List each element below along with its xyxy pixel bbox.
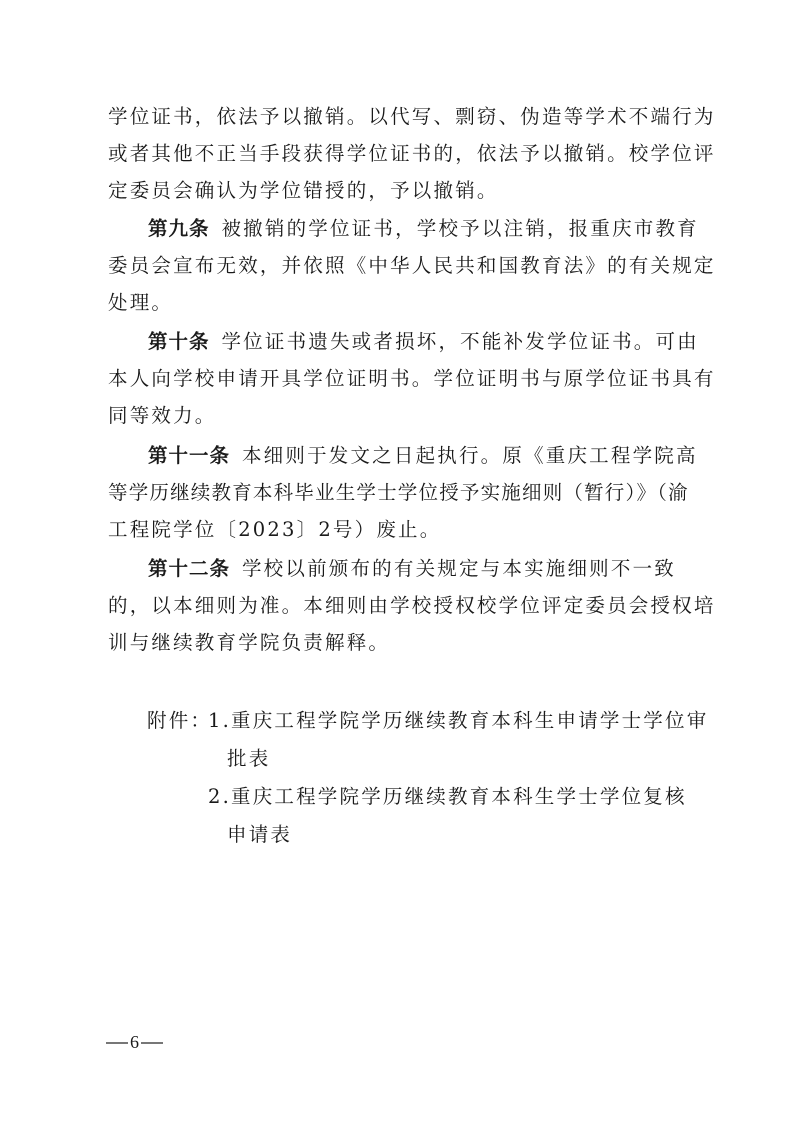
text-line: 委员会宣布无效，并依照《中华人民共和国教育法》的有关规定	[108, 247, 690, 284]
attachment-2-line2[interactable]: 申请表	[227, 816, 292, 853]
text-line: 等学历继续教育本科毕业生学士学位授予实施细则（暂行）》（渝	[108, 474, 690, 511]
attachment-2-line1[interactable]: 2.重庆工程学院学历继续教育本科生学士学位复核	[208, 778, 687, 815]
text-line: 同等效力。	[108, 397, 690, 434]
text-line: 本细则于发文之日起执行。原《重庆工程学院高	[242, 444, 698, 467]
page-number-value: 6	[128, 1032, 141, 1053]
paragraph-continuation: 学位证书，依法予以撤销。以代写、剽窃、伪造等学术不端行为 或者其他不正当手段获得…	[108, 98, 690, 209]
dash-right	[141, 1042, 163, 1044]
article-heading: 第十一条	[148, 444, 230, 467]
text-line: 本人向学校申请开具学位证明书。学位证明书与原学位证书具有	[108, 360, 690, 397]
text-line: 学位证书，依法予以撤销。以代写、剽窃、伪造等学术不端行为	[108, 98, 690, 135]
text-line: 学校以前颁布的有关规定与本实施细则不一致	[242, 557, 676, 580]
document-page: 学位证书，依法予以撤销。以代写、剽窃、伪造等学术不端行为 或者其他不正当手段获得…	[0, 0, 793, 1122]
page-number: 6	[106, 1032, 163, 1053]
text-line: 处理。	[108, 284, 690, 321]
article-9: 第九条 被撤销的学位证书，学校予以注销，报重庆市教育 委员会宣布无效，并依照《中…	[108, 210, 690, 321]
text-line: 或者其他不正当手段获得学位证书的，依法予以撤销。校学位评	[108, 135, 690, 172]
article-heading: 第九条	[148, 217, 210, 240]
attachments-label: 附件：	[147, 702, 212, 739]
article-11: 第十一条 本细则于发文之日起执行。原《重庆工程学院高 等学历继续教育本科毕业生学…	[108, 437, 690, 548]
text-line: 工程院学位〔2023〕2号）废止。	[108, 511, 690, 548]
article-12: 第十二条 学校以前颁布的有关规定与本实施细则不一致 的，以本细则为准。本细则由学…	[108, 550, 690, 661]
attachment-1-line2[interactable]: 批表	[227, 740, 270, 777]
attachment-1-line1[interactable]: 1.重庆工程学院学历继续教育本科生申请学士学位审	[208, 702, 708, 739]
text-line: 学位证书遗失或者损坏，不能补发学位证书。可由	[221, 330, 698, 353]
article-heading: 第十二条	[148, 557, 230, 580]
text-line: 被撤销的学位证书，学校予以注销，报重庆市教育	[221, 217, 698, 240]
article-10: 第十条 学位证书遗失或者损坏，不能补发学位证书。可由 本人向学校申请开具学位证明…	[108, 323, 690, 434]
article-heading: 第十条	[148, 330, 210, 353]
text-line: 的，以本细则为准。本细则由学校授权校学位评定委员会授权培	[108, 587, 690, 624]
dash-left	[106, 1042, 128, 1044]
text-line: 训与继续教育学院负责解释。	[108, 624, 690, 661]
text-line: 定委员会确认为学位错授的，予以撤销。	[108, 172, 690, 209]
